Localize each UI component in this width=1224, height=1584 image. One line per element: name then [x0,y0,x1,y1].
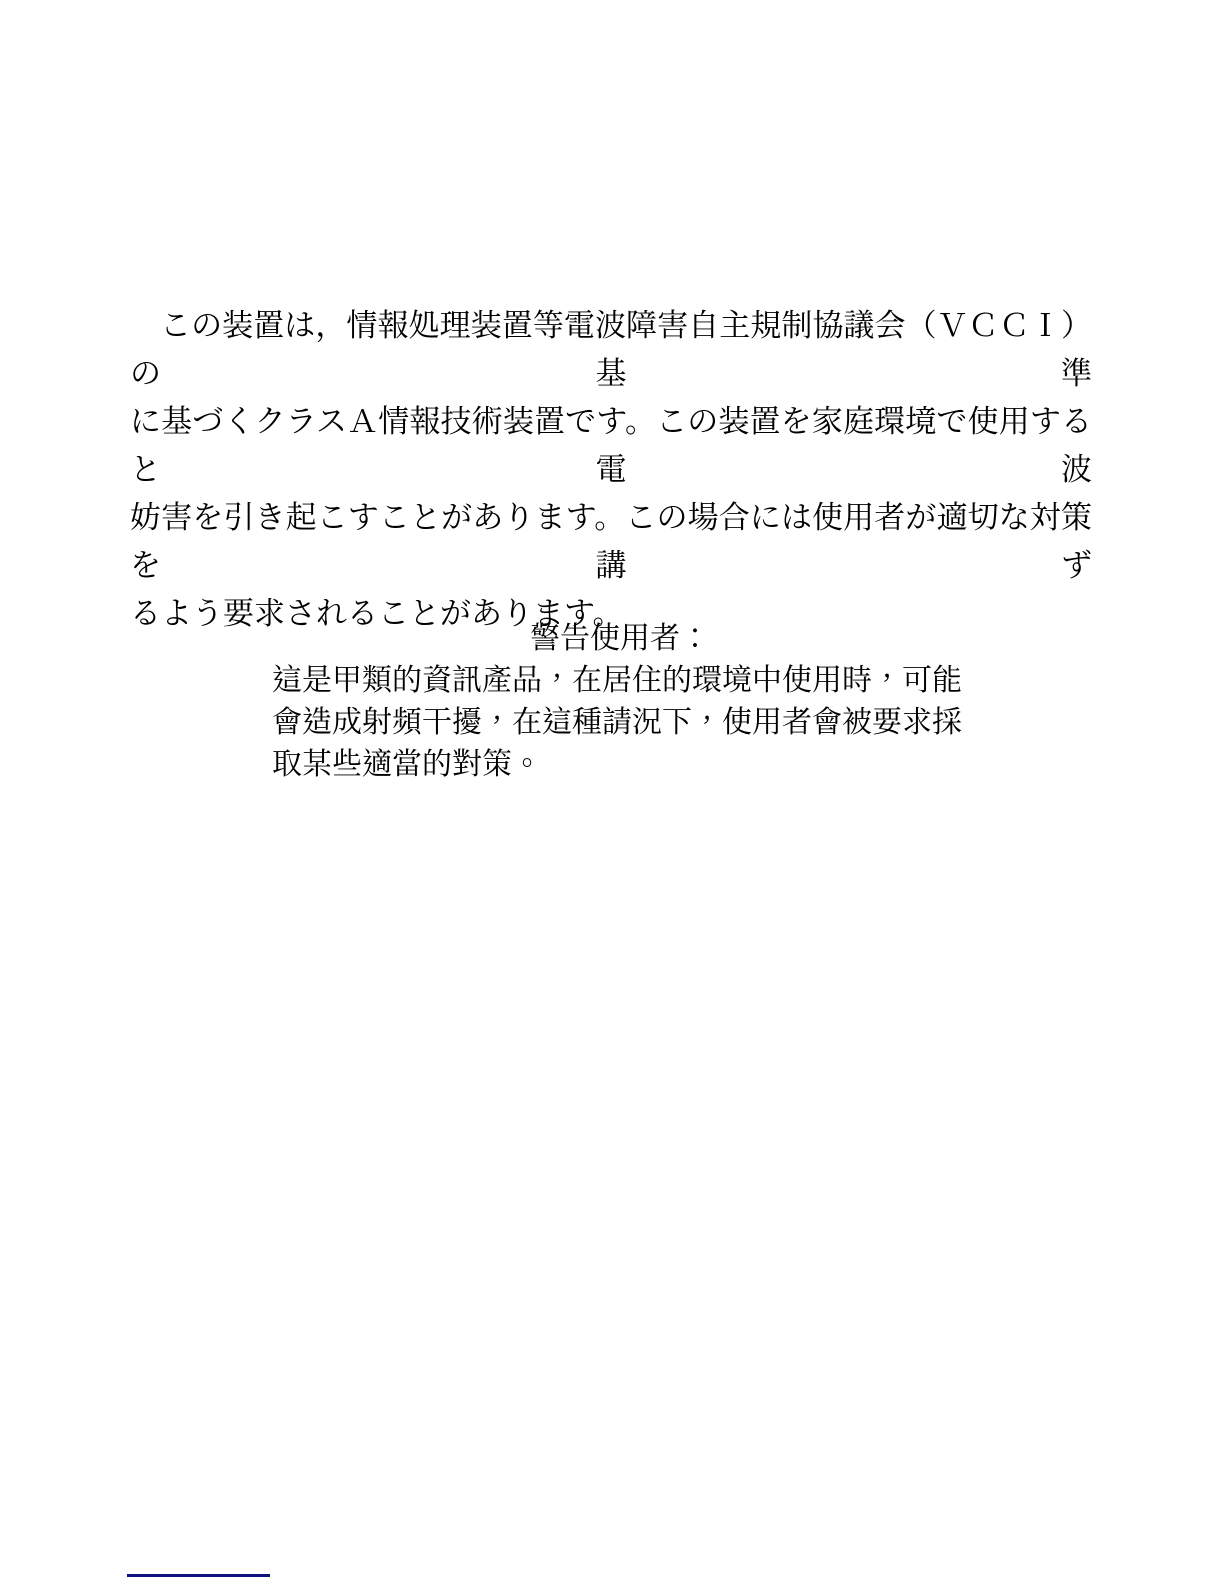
bsmi-warning-line-1: 這是甲類的資訊產品，在居住的環境中使用時，可能 [272,660,968,702]
footer-rule [127,1574,270,1577]
bsmi-warning-heading: 警告使用者： [272,618,968,660]
vcci-class-a-notice: この装置は，情報処理装置等電波障害自主規制協議会（ＶＣＣＩ）の基準 に基づくクラ… [130,302,1092,638]
bsmi-class-a-warning: 警告使用者： 這是甲類的資訊產品，在居住的環境中使用時，可能 會造成射頻干擾，在… [272,618,968,786]
bsmi-warning-line-2: 會造成射頻干擾，在這種請況下，使用者會被要求採 [272,702,968,744]
vcci-notice-line-3: 妨害を引き起こすことがあります。この場合には使用者が適切な対策を講ず [130,494,1092,590]
vcci-notice-line-1: この装置は，情報処理装置等電波障害自主規制協議会（ＶＣＣＩ）の基準 [130,302,1092,398]
document-page: この装置は，情報処理装置等電波障害自主規制協議会（ＶＣＣＩ）の基準 に基づくクラ… [0,0,1224,1584]
bsmi-warning-line-3: 取某些適當的對策。 [272,744,968,786]
vcci-notice-line-2: に基づくクラスＡ情報技術装置です。この装置を家庭環境で使用すると電波 [130,398,1092,494]
